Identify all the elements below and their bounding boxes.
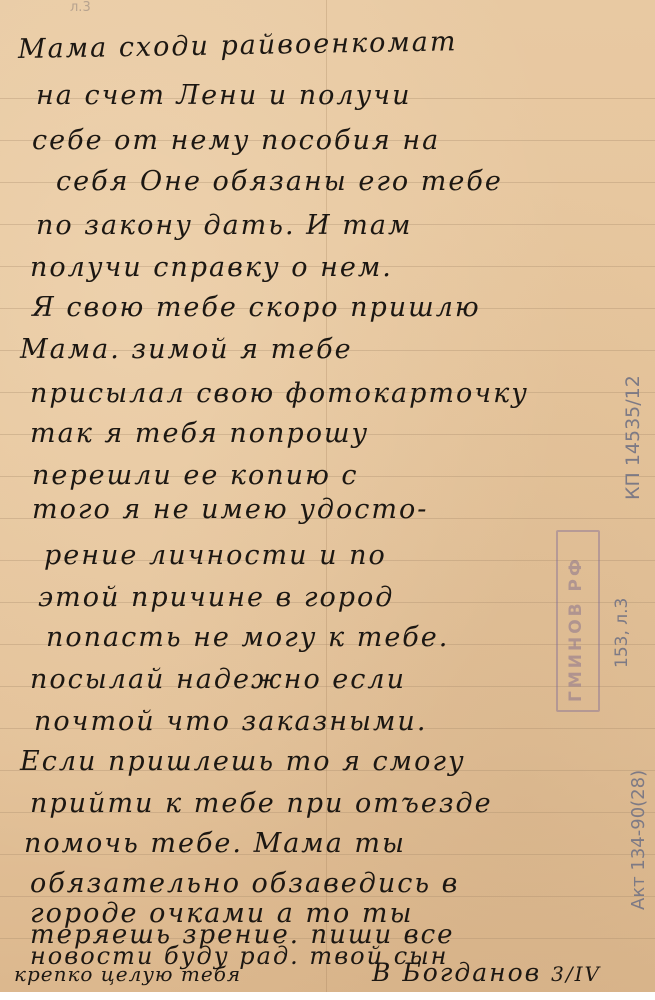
top-pencil-mark: л.3 <box>70 0 91 15</box>
archive-stamp: ГМИНОВ РФ <box>556 530 600 712</box>
letter-line: почтой что заказными. <box>34 706 427 737</box>
letter-line: того я не имею удосто- <box>32 494 428 525</box>
letter-line: на счет Лени и получи <box>36 80 411 111</box>
letter-line: Мама. зимой я тебе <box>20 334 353 365</box>
signature-date: 3/IV <box>551 962 601 986</box>
letter-line: прийти к тебе при отъезде <box>30 788 493 819</box>
letter-line: посылай надежно если <box>30 664 406 695</box>
act-number: Акт 134-90(28) <box>628 770 649 910</box>
letter-line: помочь тебе. Мама ты <box>24 828 406 859</box>
letter-line: Я свою тебе скоро пришлю <box>32 292 481 323</box>
letter-line: Мама сходи райвоенкомат <box>18 26 458 65</box>
letter-line: перешли ее копию с <box>32 460 359 491</box>
letter-line: так я тебя попрошу <box>30 418 369 449</box>
signature-name: В Богданов <box>372 958 541 987</box>
sheet-reference: 153, л.3 <box>612 598 632 668</box>
stamp-text: ГМИНОВ РФ <box>566 556 586 702</box>
letter-line: попасть не могу к тебе. <box>46 622 449 653</box>
letter-line: по закону дать. И там <box>36 210 412 241</box>
letter-line: присылал свою фотокарточку <box>30 378 529 409</box>
letter-line: обязательно обзаведись в <box>30 868 459 899</box>
letter-line: Если пришлешь то я смогу <box>20 746 466 777</box>
closing-line: крепко целую тебя <box>14 962 241 986</box>
letter-page: л.3 Мама сходи райвоенкомат на счет Лени… <box>0 0 655 992</box>
letter-line: себя Оне обязаны его тебе <box>56 166 503 197</box>
letter-line: получи справку о нем. <box>30 252 393 283</box>
letter-line: рение личности и по <box>44 540 387 571</box>
letter-line: этой причине в город <box>38 582 394 613</box>
letter-line: себе от нему пособия на <box>32 125 440 156</box>
inventory-number: КП 14535/12 <box>622 375 644 500</box>
signature: В Богданов 3/IV <box>372 958 601 987</box>
